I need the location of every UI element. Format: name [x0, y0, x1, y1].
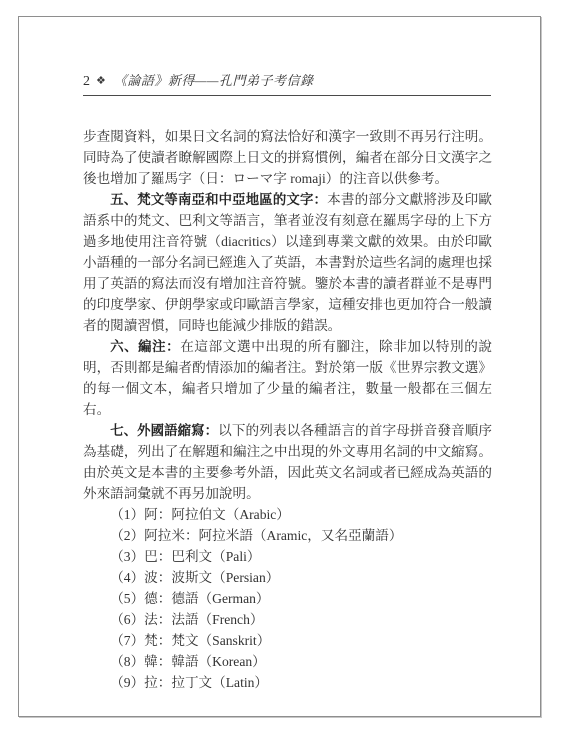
- list-item: （1）阿：阿拉伯文（Arabic）: [83, 504, 492, 525]
- diamond-ornament-icon: ❖: [96, 75, 106, 87]
- list-item: （7）梵：梵文（Sanskrit）: [83, 630, 492, 651]
- section-heading: 七、外國語縮寫：: [110, 423, 218, 438]
- page-border-frame: 2❖《論語》新得——孔門弟子考信錄 步查閱資料，如果日文名詞的寫法恰好和漢字一致…: [18, 16, 541, 717]
- list-item: （8）韓：韓語（Korean）: [83, 651, 492, 672]
- list-item: （3）巴：巴利文（Pali）: [83, 546, 492, 567]
- list-item: （5）德：德語（German）: [83, 588, 492, 609]
- page-number: 2: [83, 74, 90, 89]
- section-heading: 五、梵文等南亞和中亞地區的文字：: [110, 192, 327, 207]
- section-heading: 六、編注：: [110, 339, 180, 354]
- paragraph-section-5: 五、梵文等南亞和中亞地區的文字：本書的部分文獻將涉及印歐語系中的梵文、巴利文等語…: [83, 189, 492, 336]
- paragraph-continuation: 步查閱資料，如果日文名詞的寫法恰好和漢字一致則不再另行注明。同時為了使讀者瞭解國…: [83, 126, 492, 189]
- paragraph-text: 步查閱資料，如果日文名詞的寫法恰好和漢字一致則不再另行注明。同時為了使讀者瞭解國…: [83, 129, 492, 186]
- paragraph-text: 本書的部分文獻將涉及印歐語系中的梵文、巴利文等語言，筆者並沒有刻意在羅馬字母的上…: [83, 192, 492, 333]
- list-item: （9）拉：拉丁文（Latin）: [83, 672, 492, 693]
- list-item: （6）法：法語（French）: [83, 609, 492, 630]
- list-item: （2）阿拉米：阿拉米語（Aramic，又名亞蘭語）: [83, 525, 492, 546]
- running-title: 《論語》新得——孔門弟子考信錄: [114, 73, 314, 88]
- abbreviation-list: （1）阿：阿拉伯文（Arabic） （2）阿拉米：阿拉米語（Aramic，又名亞…: [83, 504, 492, 693]
- page-body: 步查閱資料，如果日文名詞的寫法恰好和漢字一致則不再另行注明。同時為了使讀者瞭解國…: [83, 126, 492, 693]
- list-item: （4）波：波斯文（Persian）: [83, 567, 492, 588]
- paragraph-section-6: 六、編注：在這部文選中出現的所有腳注，除非加以特別的說明，否則都是編者酌情添加的…: [83, 336, 492, 420]
- book-page: 2❖《論語》新得——孔門弟子考信錄 步查閱資料，如果日文名詞的寫法恰好和漢字一致…: [0, 0, 565, 738]
- paragraph-section-7: 七、外國語縮寫：以下的列表以各種語言的首字母拼音發音順序為基礎，列出了在解題和編…: [83, 420, 492, 504]
- running-header: 2❖《論語》新得——孔門弟子考信錄: [83, 70, 491, 96]
